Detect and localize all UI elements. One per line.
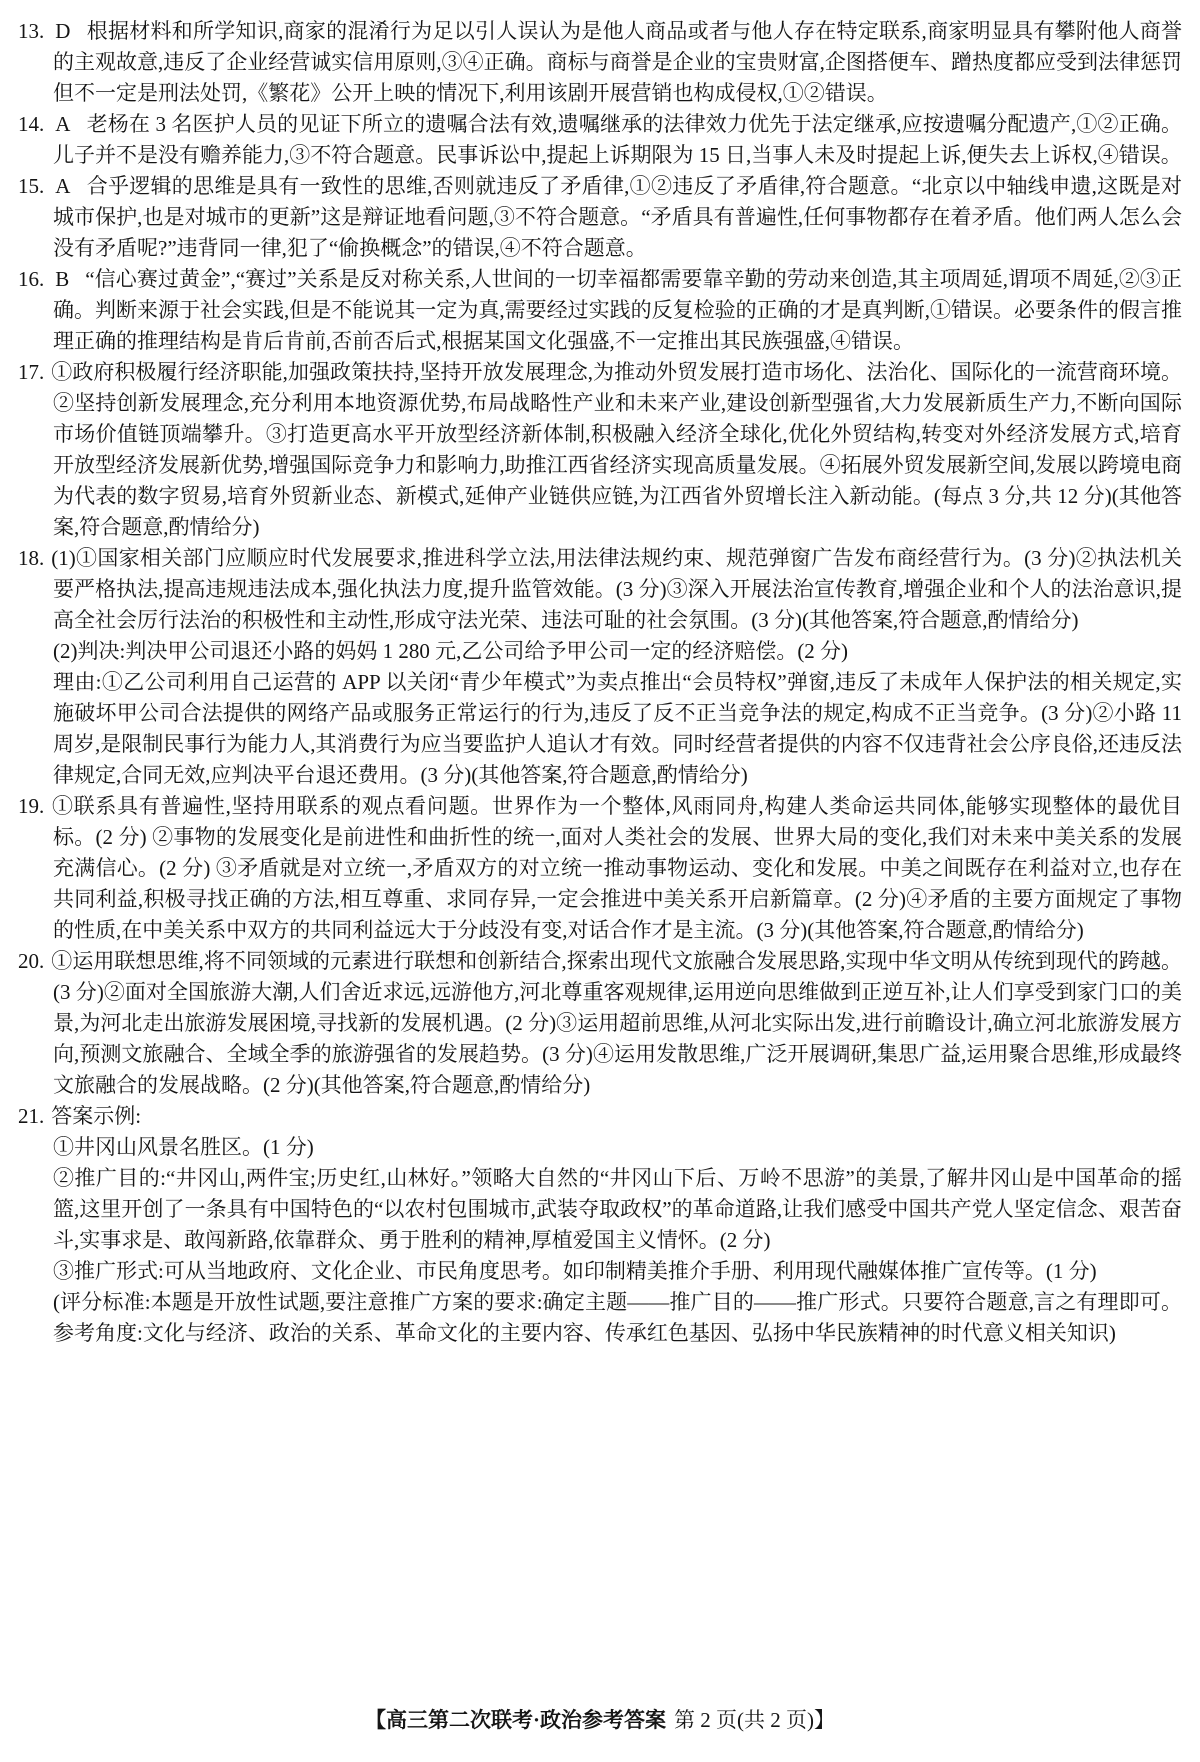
question-15: 15.A合乎逻辑的思维是具有一致性的思维,否则就违反了矛盾律,①②违反了矛盾律,… xyxy=(18,171,1182,264)
answer-paragraph: 21.答案示例: xyxy=(53,1101,1182,1132)
question-19: 19.①联系具有普遍性,坚持用联系的观点看问题。世界作为一个整体,风雨同舟,构建… xyxy=(18,791,1182,946)
answer-letter: D xyxy=(55,19,70,43)
answer-text: (1)①国家相关部门应顺应时代发展要求,推进科学立法,用法律法规约束、规范弹窗广… xyxy=(51,546,1182,632)
answer-text: 老杨在 3 名医护人员的见证下所立的遗嘱合法有效,遗嘱继承的法律效力优先于法定继… xyxy=(53,112,1182,167)
question-number: 19. xyxy=(18,794,44,818)
page-footer: 【高三第二次联考·政治参考答案第 2 页(共 2 页)】 xyxy=(0,1706,1200,1734)
question-17: 17.①政府积极履行经济职能,加强政策扶持,坚持开放发展理念,为推动外贸发展打造… xyxy=(18,357,1182,543)
answer-paragraph: (2)判决:判决甲公司退还小路的妈妈 1 280 元,乙公司给予甲公司一定的经济… xyxy=(53,636,1182,667)
question-number: 21. xyxy=(18,1104,44,1128)
answer-paragraph: 19.①联系具有普遍性,坚持用联系的观点看问题。世界作为一个整体,风雨同舟,构建… xyxy=(53,791,1182,946)
answer-paragraph: 14.A老杨在 3 名医护人员的见证下所立的遗嘱合法有效,遗嘱继承的法律效力优先… xyxy=(53,109,1182,171)
answer-text: ①运用联想思维,将不同领域的元素进行联想和创新结合,探索出现代文旅融合发展思路,… xyxy=(51,949,1182,1097)
answer-letter: A xyxy=(55,174,70,198)
answer-paragraph: 15.A合乎逻辑的思维是具有一致性的思维,否则就违反了矛盾律,①②违反了矛盾律,… xyxy=(53,171,1182,264)
question-18: 18.(1)①国家相关部门应顺应时代发展要求,推进科学立法,用法律法规约束、规范… xyxy=(18,543,1182,791)
answer-text: ①联系具有普遍性,坚持用联系的观点看问题。世界作为一个整体,风雨同舟,构建人类命… xyxy=(51,794,1182,942)
answer-paragraph: 17.①政府积极履行经济职能,加强政策扶持,坚持开放发展理念,为推动外贸发展打造… xyxy=(53,357,1182,543)
answer-paragraph: ②推广目的:“井冈山,两件宝;历史红,山林好。”领略大自然的“井冈山下后、万岭不… xyxy=(53,1163,1182,1256)
answer-paragraph: 20.①运用联想思维,将不同领域的元素进行联想和创新结合,探索出现代文旅融合发展… xyxy=(53,946,1182,1101)
question-number: 20. xyxy=(18,949,44,973)
answer-text: 答案示例: xyxy=(51,1104,141,1128)
question-14: 14.A老杨在 3 名医护人员的见证下所立的遗嘱合法有效,遗嘱继承的法律效力优先… xyxy=(18,109,1182,171)
question-number: 18. xyxy=(18,546,44,570)
answer-paragraph: ①井冈山风景名胜区。(1 分) xyxy=(53,1132,1182,1163)
question-13: 13.D根据材料和所学知识,商家的混淆行为足以引人误认为是他人商品或者与他人存在… xyxy=(18,16,1182,109)
answer-letter: B xyxy=(55,267,69,291)
question-number: 17. xyxy=(18,360,44,384)
answer-paragraph: 理由:①乙公司利用自己运营的 APP 以关闭“青少年模式”为卖点推出“会员特权”… xyxy=(53,667,1182,791)
question-21: 21.答案示例: ①井冈山风景名胜区。(1 分) ②推广目的:“井冈山,两件宝;… xyxy=(18,1101,1182,1349)
answer-paragraph: 13.D根据材料和所学知识,商家的混淆行为足以引人误认为是他人商品或者与他人存在… xyxy=(53,16,1182,109)
answer-paragraph: 18.(1)①国家相关部门应顺应时代发展要求,推进科学立法,用法律法规约束、规范… xyxy=(53,543,1182,636)
question-16: 16.B“信心赛过黄金”,“赛过”关系是反对称关系,人世间的一切幸福都需要靠辛勤… xyxy=(18,264,1182,357)
question-20: 20.①运用联想思维,将不同领域的元素进行联想和创新结合,探索出现代文旅融合发展… xyxy=(18,946,1182,1101)
question-number: 16. xyxy=(18,267,44,291)
answer-text: “信心赛过黄金”,“赛过”关系是反对称关系,人世间的一切幸福都需要靠辛勤的劳动来… xyxy=(53,267,1182,353)
footer-title: 【高三第二次联考·政治参考答案 xyxy=(365,1708,666,1732)
answer-letter: A xyxy=(55,112,70,136)
answer-text: ②推广目的:“井冈山,两件宝;历史红,山林好。”领略大自然的“井冈山下后、万岭不… xyxy=(53,1166,1182,1252)
answer-text: ①政府积极履行经济职能,加强政策扶持,坚持开放发展理念,为推动外贸发展打造市场化… xyxy=(51,360,1182,539)
answer-text: 理由:①乙公司利用自己运营的 APP 以关闭“青少年模式”为卖点推出“会员特权”… xyxy=(53,670,1182,787)
answer-paragraph: ③推广形式:可从当地政府、文化企业、市民角度思考。如印制精美推介手册、利用现代融… xyxy=(53,1256,1182,1287)
question-number: 14. xyxy=(18,112,44,136)
answer-text: 合乎逻辑的思维是具有一致性的思维,否则就违反了矛盾律,①②违反了矛盾律,符合题意… xyxy=(53,174,1182,260)
question-number: 15. xyxy=(18,174,44,198)
question-number: 13. xyxy=(18,19,44,43)
answer-text: ③推广形式:可从当地政府、文化企业、市民角度思考。如印制精美推介手册、利用现代融… xyxy=(53,1259,1097,1283)
answer-paragraph: 16.B“信心赛过黄金”,“赛过”关系是反对称关系,人世间的一切幸福都需要靠辛勤… xyxy=(53,264,1182,357)
answer-text: ①井冈山风景名胜区。(1 分) xyxy=(53,1135,314,1159)
answer-key-page: 13.D根据材料和所学知识,商家的混淆行为足以引人误认为是他人商品或者与他人存在… xyxy=(0,0,1200,1349)
footer-page-number: 第 2 页(共 2 页)】 xyxy=(674,1708,835,1732)
answer-text: (2)判决:判决甲公司退还小路的妈妈 1 280 元,乙公司给予甲公司一定的经济… xyxy=(53,639,848,663)
answer-text: 根据材料和所学知识,商家的混淆行为足以引人误认为是他人商品或者与他人存在特定联系… xyxy=(53,19,1182,105)
answer-text: (评分标准:本题是开放性试题,要注意推广方案的要求:确定主题——推广目的——推广… xyxy=(53,1290,1182,1345)
answer-paragraph: (评分标准:本题是开放性试题,要注意推广方案的要求:确定主题——推广目的——推广… xyxy=(53,1287,1182,1349)
